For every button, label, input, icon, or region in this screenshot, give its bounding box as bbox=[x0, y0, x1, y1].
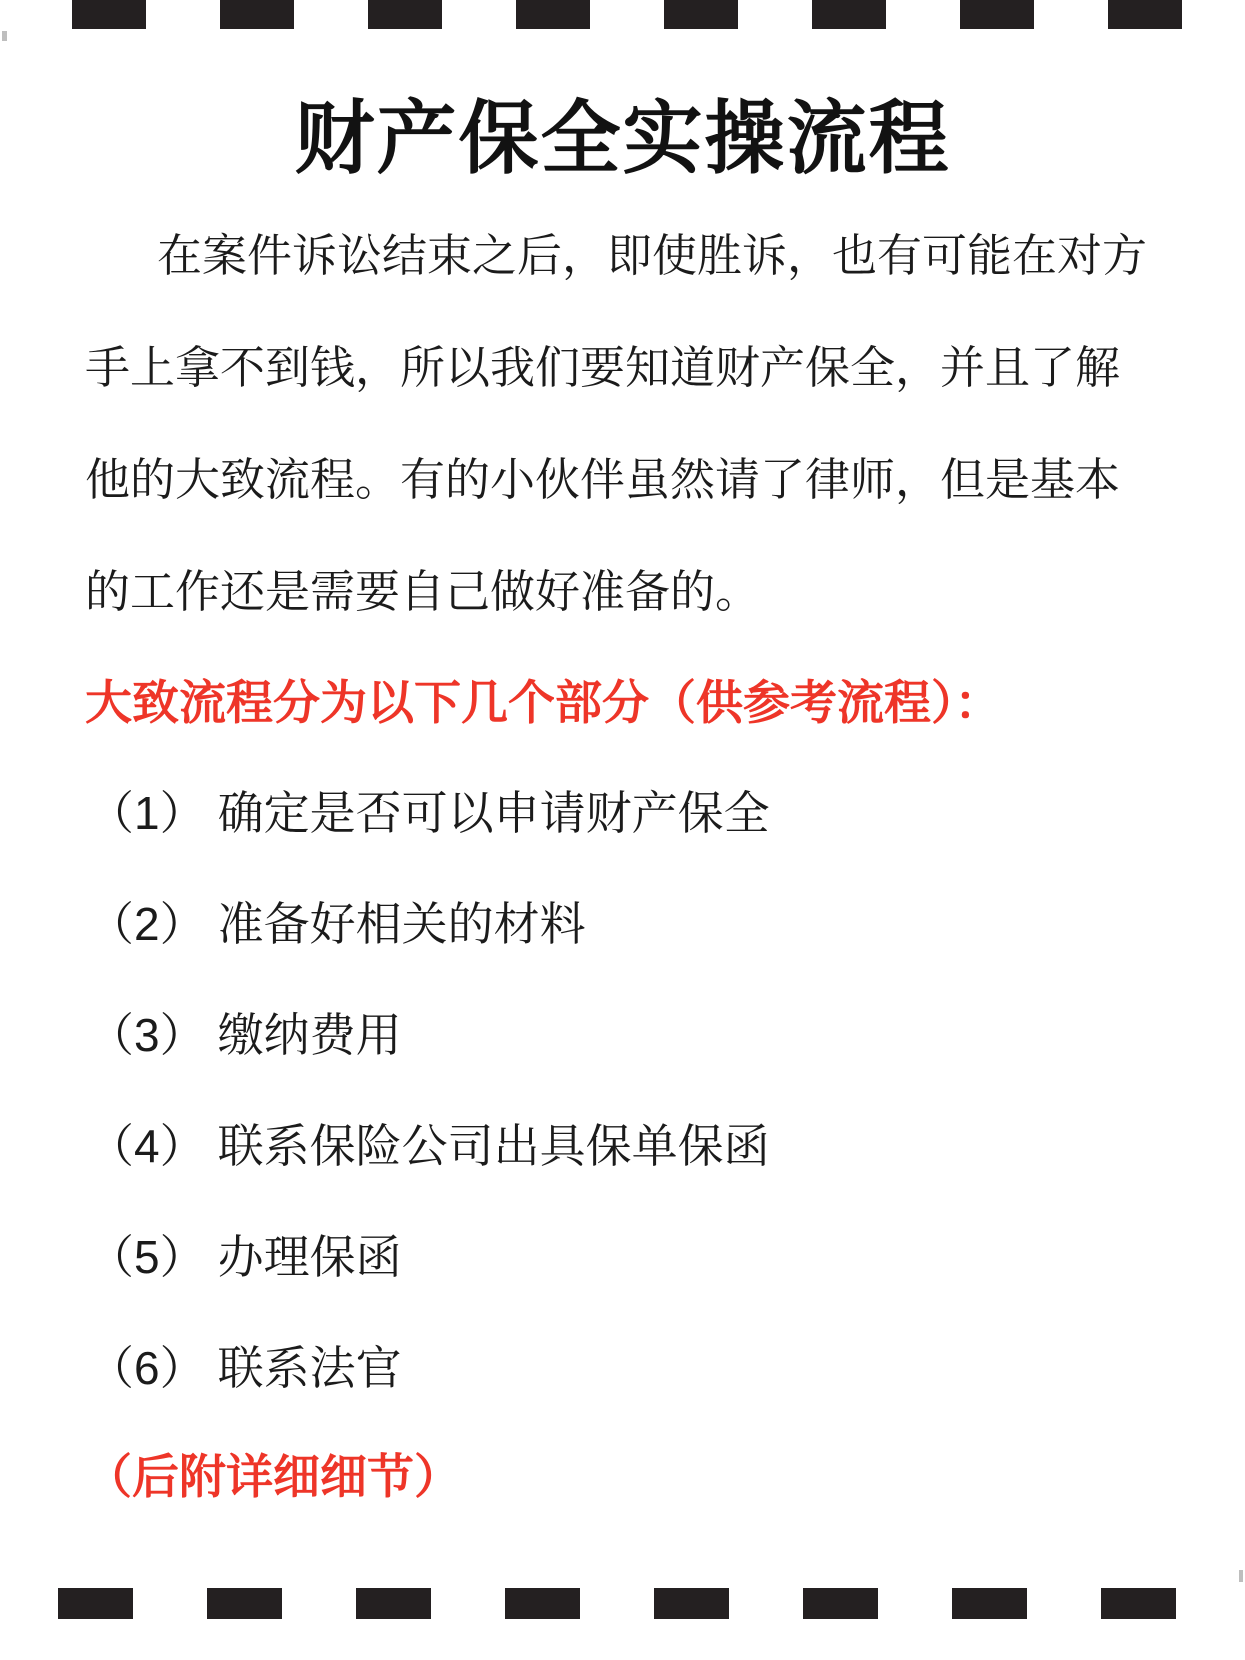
step-row: （5）办理保函 bbox=[88, 1202, 770, 1313]
step-marker: （5） bbox=[88, 1231, 206, 1283]
step-marker: （4） bbox=[88, 1120, 206, 1172]
dash-block bbox=[207, 1588, 282, 1619]
dash-block bbox=[58, 1588, 133, 1619]
intro-line: 的工作还是需要自己做好准备的。 bbox=[85, 536, 1170, 648]
dash-block bbox=[664, 0, 738, 29]
top-dash-border bbox=[72, 0, 1182, 29]
step-row: （6）联系法官 bbox=[88, 1313, 770, 1424]
dash-block bbox=[654, 1588, 729, 1619]
dash-block bbox=[220, 0, 294, 29]
step-label: 缴纳费用 bbox=[218, 1009, 402, 1061]
step-label: 联系保险公司出具保单保函 bbox=[218, 1120, 770, 1172]
dash-block bbox=[516, 0, 590, 29]
dash-block bbox=[368, 0, 442, 29]
step-label: 办理保函 bbox=[218, 1231, 402, 1283]
intro-line: 手上拿不到钱，所以我们要知道财产保全，并且了解 bbox=[85, 312, 1170, 424]
intro-line: 他的大致流程。有的小伙伴虽然请了律师，但是基本 bbox=[85, 424, 1170, 536]
dash-block bbox=[1101, 1588, 1176, 1619]
bottom-dash-border bbox=[58, 1588, 1176, 1619]
step-marker: （2） bbox=[88, 898, 206, 950]
dash-block bbox=[356, 1588, 431, 1619]
dash-block bbox=[812, 0, 886, 29]
dash-block bbox=[1108, 0, 1182, 29]
footnote: （后附详细细节） bbox=[85, 1421, 461, 1533]
steps-list: （1）确定是否可以申请财产保全 （2）准备好相关的材料 （3）缴纳费用 （4）联… bbox=[88, 758, 770, 1424]
dash-block bbox=[803, 1588, 878, 1619]
step-label: 准备好相关的材料 bbox=[218, 898, 586, 950]
dash-block bbox=[960, 0, 1034, 29]
step-label: 确定是否可以申请财产保全 bbox=[218, 787, 770, 839]
step-row: （1）确定是否可以申请财产保全 bbox=[88, 758, 770, 869]
poster-page: 财产保全实操流程 在案件诉讼结束之后，即使胜诉，也有可能在对方 手上拿不到钱，所… bbox=[0, 0, 1245, 1660]
dash-block bbox=[505, 1588, 580, 1619]
step-marker: （3） bbox=[88, 1009, 206, 1061]
scan-artifact bbox=[2, 31, 7, 41]
section-heading: 大致流程分为以下几个部分（供参考流程）： bbox=[85, 647, 1002, 759]
step-row: （3）缴纳费用 bbox=[88, 980, 770, 1091]
step-label: 联系法官 bbox=[218, 1342, 402, 1394]
intro-line: 在案件诉讼结束之后，即使胜诉，也有可能在对方 bbox=[85, 200, 1170, 312]
step-row: （2）准备好相关的材料 bbox=[88, 869, 770, 980]
dash-block bbox=[72, 0, 146, 29]
scan-artifact bbox=[1239, 1570, 1243, 1582]
dash-block bbox=[952, 1588, 1027, 1619]
step-marker: （6） bbox=[88, 1342, 206, 1394]
step-marker: （1） bbox=[88, 787, 206, 839]
step-row: （4）联系保险公司出具保单保函 bbox=[88, 1091, 770, 1202]
page-title: 财产保全实操流程 bbox=[0, 74, 1245, 189]
intro-paragraph: 在案件诉讼结束之后，即使胜诉，也有可能在对方 手上拿不到钱，所以我们要知道财产保… bbox=[85, 200, 1170, 648]
